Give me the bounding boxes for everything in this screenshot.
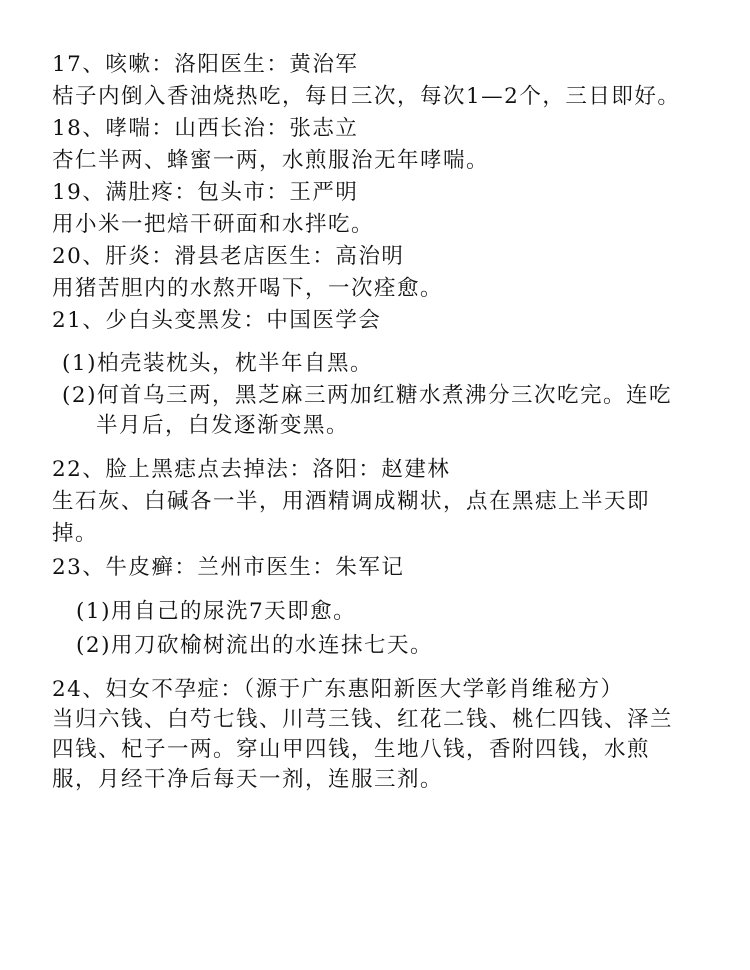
entry-body-17: 桔子内倒入香油烧热吃，每日三次，每次1—2个，三日即好。 xyxy=(52,83,680,111)
entry-body-24-line2: 四钱、杞子一两。穿山甲四钱，生地八钱，香附四钱，水煎 xyxy=(52,736,650,764)
entry-body-22-line2: 掉。 xyxy=(52,520,98,548)
entry-body-20: 用猪苦胆内的水熬开喝下，一次痊愈。 xyxy=(52,275,443,303)
entry-body-24-line1: 当归六钱、白芍七钱、川芎三钱、红花二钱、桃仁四钱、泽兰 xyxy=(52,706,673,734)
entry-body-19: 用小米一把焙干研面和水拌吃。 xyxy=(52,211,374,239)
entry-body-22-line1: 生石灰、白碱各一半，用酒精调成糊状，点在黑痣上半天即 xyxy=(52,488,650,516)
entry-heading-24: 24、妇女不孕症：（源于广东惠阳新医大学彰肖维秘方） xyxy=(52,676,624,704)
entry-item-23-1: (1)用自己的尿洗7天即愈。 xyxy=(76,598,356,626)
entry-item-21-1: (1)柏壳装枕头，枕半年自黑。 xyxy=(62,350,373,378)
entry-heading-21: 21、少白头变黑发：中国医学会 xyxy=(52,307,381,335)
entry-heading-22: 22、脸上黑痣点去掉法：洛阳：赵建林 xyxy=(52,456,450,484)
entry-body-24-line3: 服，月经干净后每天一剂，连服三剂。 xyxy=(52,766,443,794)
entry-heading-17: 17、咳嗽：洛阳医生：黄治军 xyxy=(52,51,358,79)
entry-heading-20: 20、肝炎：滑县老店医生：高治明 xyxy=(52,243,404,271)
entry-item-21-2: (2)何首乌三两，黑芝麻三两加红糖水煮沸分三次吃完。连吃 xyxy=(62,382,672,410)
entry-heading-23: 23、牛皮癣：兰州市医生：朱军记 xyxy=(52,554,404,582)
entry-heading-18: 18、哮喘：山西长治：张志立 xyxy=(52,115,358,143)
entry-heading-19: 19、满肚疼：包头市：王严明 xyxy=(52,179,358,207)
entry-item-21-2-continued: 半月后，白发逐渐变黑。 xyxy=(96,412,349,440)
entry-item-23-2: (2)用刀砍榆树流出的水连抹七天。 xyxy=(76,632,433,660)
entry-body-18: 杏仁半两、蜂蜜一两，水煎服治无年哮喘。 xyxy=(52,147,489,175)
